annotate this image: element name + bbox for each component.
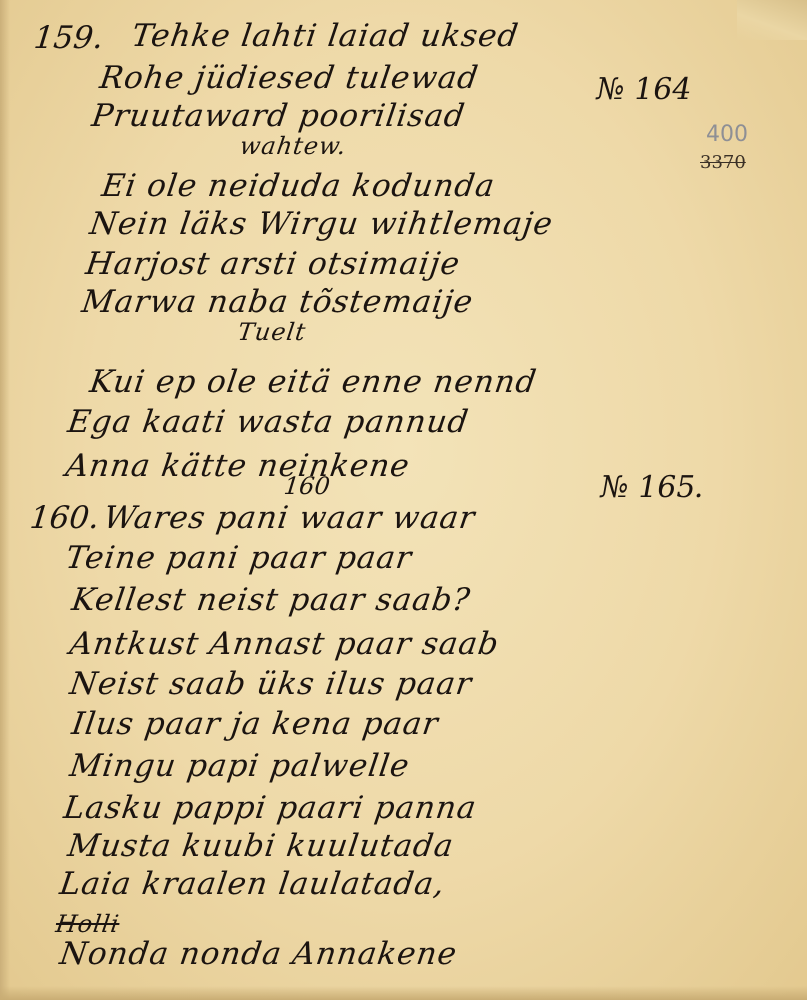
song-line: Nonda nonda Annakene (57, 936, 459, 972)
song-line: Rohe jüdiesed tulewad (97, 60, 480, 96)
song-line: Teine pani paar paar (63, 540, 414, 576)
song-line: Ega kaati wasta pannud (65, 404, 471, 440)
song-number-159: 159. (32, 20, 105, 56)
song-line: Wares pani waar waar (101, 500, 477, 536)
song-line: Kui ep ole eitä enne nennd (87, 364, 539, 400)
struck-stamped-number: 3370 (700, 152, 746, 173)
song-line: Pruutaward poorilisad (89, 98, 467, 134)
song-line: Ei ole neiduda kodunda (99, 168, 497, 204)
song-line: Tehke lahti laiad uksed (129, 18, 521, 54)
song-line: Anna kätte neinkene (63, 448, 412, 484)
song-line: Antkust Annast paar saab (67, 626, 501, 662)
song-line: wahtew. (238, 132, 348, 160)
catalog-number-165: № 165. (597, 470, 708, 505)
song-line: Laia kraalen laulatada, (57, 866, 447, 902)
song-number-160: 160. (28, 500, 101, 536)
song-line: Neist saab üks ilus paar (67, 666, 474, 702)
song-line: Musta kuubi kuulutada (65, 828, 456, 864)
pencil-page-number: 400 (706, 122, 748, 147)
song-line: Lasku pappi paari panna (61, 790, 479, 826)
song-line: Harjost arsti otsimaije (83, 246, 462, 282)
catalog-number-164: № 164 (593, 72, 694, 107)
inline-number-160: 160 (283, 472, 332, 500)
manuscript-page: 400 3370 159. Tehke lahti laiad uksed Ro… (0, 0, 807, 1000)
struck-word: Holli (54, 910, 121, 938)
song-line: Nein läks Wirgu wihtlemaje (87, 206, 555, 242)
song-line: Mingu papi palwelle (67, 748, 412, 784)
song-heading: Tuelt (236, 318, 308, 346)
folded-corner (737, 0, 807, 40)
song-line: Marwa naba tõstemaije (79, 284, 475, 320)
song-line: Kellest neist paar saab? (69, 582, 472, 618)
song-line: Ilus paar ja kena paar (69, 706, 440, 742)
